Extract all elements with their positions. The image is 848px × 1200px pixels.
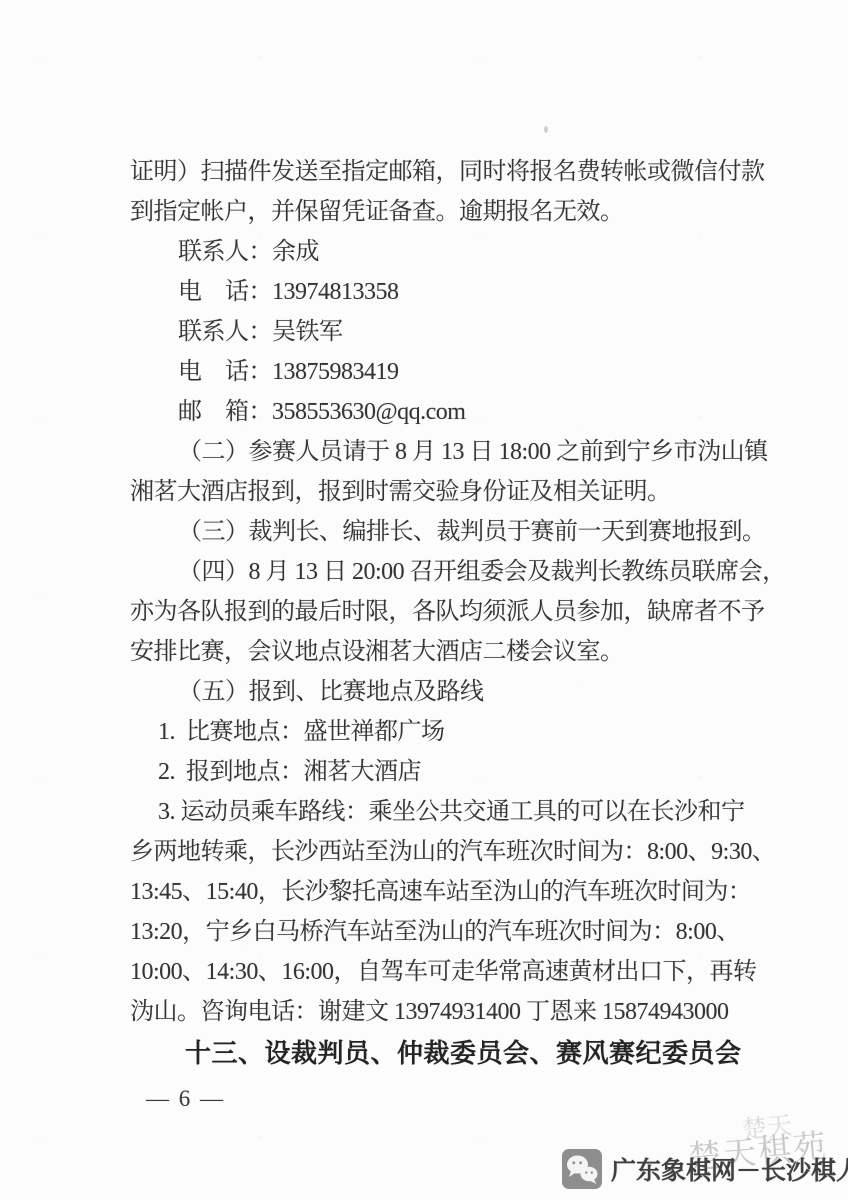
text-line: 沩山。咨询电话：谢建文 13974931400 丁恩来 15874943000 (130, 992, 770, 1032)
text-line: 证明）扫描件发送至指定邮箱，同时将报名费转帐或微信付款 (130, 152, 770, 192)
text-line: 电 话：13875983419 (130, 352, 770, 392)
text-line: 1. 比赛地点：盛世禅都广场 (130, 712, 770, 752)
wechat-icon (561, 1148, 603, 1190)
text-line: （三）裁判长、编排长、裁判员于赛前一天到赛地报到。 (130, 512, 770, 552)
text-line: 亦为各队报到的最后时限，各队均须派人员参加，缺席者不予 (130, 592, 770, 632)
text-line: 联系人：吴铁军 (130, 312, 770, 352)
scan-artifact-speck (544, 126, 548, 133)
wechat-account-name: 广东象棋网－长沙棋人 (611, 1151, 848, 1187)
scanned-document-page: 证明）扫描件发送至指定邮箱，同时将报名费转帐或微信付款到指定帐户，并保留凭证备查… (0, 0, 848, 1200)
document-body: 证明）扫描件发送至指定邮箱，同时将报名费转帐或微信付款到指定帐户，并保留凭证备查… (130, 152, 770, 1072)
text-line: 到指定帐户，并保留凭证备查。逾期报名无效。 (130, 192, 770, 232)
text-line: 湘茗大酒店报到，报到时需交验身份证及相关证明。 (130, 472, 770, 512)
watermark-ghost: 楚天 (740, 1105, 794, 1146)
page-number: — 6 — (146, 1086, 225, 1112)
text-line: 3. 运动员乘车路线：乘坐公共交通工具的可以在长沙和宁 (130, 792, 770, 832)
text-line: 安排比赛，会议地点设湘茗大酒店二楼会议室。 (130, 632, 770, 672)
text-line: 13:45、15:40，长沙黎托高速车站至沩山的汽车班次时间为： (130, 872, 770, 912)
text-line: 邮 箱：358553630@qq.com (130, 392, 770, 432)
text-line: 2. 报到地点：湘茗大酒店 (130, 752, 770, 792)
text-line: 乡两地转乘，长沙西站至沩山的汽车班次时间为：8:00、9:30、 (130, 832, 770, 872)
wechat-footer-bar: 广东象棋网－长沙棋人 (561, 1148, 848, 1190)
text-line: 10:00、14:30、16:00，自驾车可走华常高速黄材出口下，再转 (130, 952, 770, 992)
text-line: （四）8 月 13 日 20:00 召开组委会及裁判长教练员联席会， (130, 552, 770, 592)
text-line: 电 话：13974813358 (130, 272, 770, 312)
text-line: 联系人：余成 (130, 232, 770, 272)
section-heading: 十三、设裁判员、仲裁委员会、赛风赛纪委员会 (130, 1032, 770, 1072)
text-line: （五）报到、比赛地点及路线 (130, 672, 770, 712)
text-line: （二）参赛人员请于 8 月 13 日 18:00 之前到宁乡市沩山镇 (130, 432, 770, 472)
text-line: 13:20，宁乡白马桥汽车站至沩山的汽车班次时间为：8:00、 (130, 912, 770, 952)
